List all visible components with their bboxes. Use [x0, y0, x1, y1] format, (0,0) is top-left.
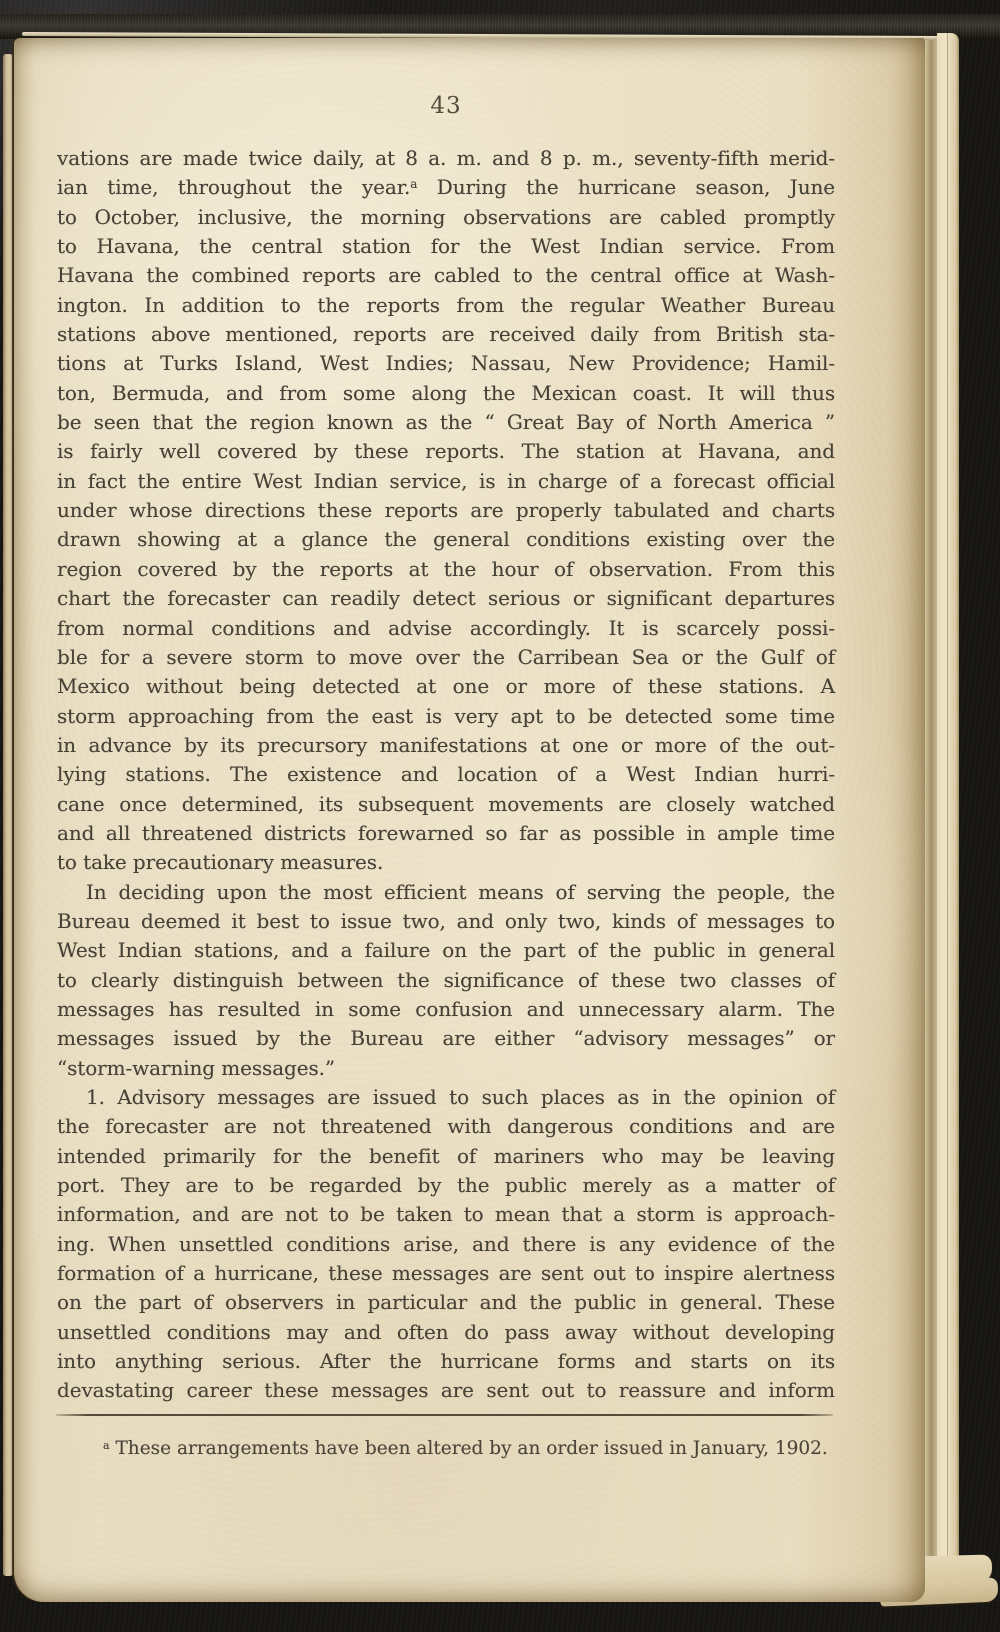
body-text: vations are made twice daily, at 8 a. m.…	[57, 144, 835, 1406]
text-line: intended primarily for the benefit of ma…	[57, 1142, 835, 1171]
stacked-page-edges-right	[937, 33, 959, 1599]
text-line: region covered by the reports at the hou…	[57, 555, 835, 584]
text-line: cane once determined, its subsequent mov…	[57, 790, 835, 819]
text-line: drawn showing at a glance the general co…	[57, 525, 835, 554]
text-line: in fact the entire West Indian service, …	[57, 467, 835, 496]
book-photo-background: 43 vations are made twice daily, at 8 a.…	[0, 0, 1000, 1632]
text-line: to clearly distinguish between the signi…	[57, 966, 835, 995]
text-line: messages issued by the Bureau are either…	[57, 1024, 835, 1053]
text-line: port. They are to be regarded by the pub…	[57, 1171, 835, 1200]
text-line: ble for a severe storm to move over the …	[57, 643, 835, 672]
text-line: information, and are not to be taken to …	[57, 1200, 835, 1229]
text-line: on the part of observers in particular a…	[57, 1288, 835, 1317]
text-line: vations are made twice daily, at 8 a. m.…	[57, 144, 835, 173]
text-line: the forecaster are not threatened with d…	[57, 1112, 835, 1141]
text-line: from normal conditions and advise accord…	[57, 614, 835, 643]
text-line: messages has resulted in some confusion …	[57, 995, 835, 1024]
text-line: unsettled conditions may and often do pa…	[57, 1318, 835, 1347]
text-line: ton, Bermuda, and from some along the Me…	[57, 379, 835, 408]
text-line: Havana the combined reports are cabled t…	[57, 261, 835, 290]
text-line: lying stations. The existence and locati…	[57, 760, 835, 789]
text-line: ian time, throughout the year.a During t…	[57, 173, 835, 202]
text-line: In deciding upon the most efficient mean…	[57, 878, 835, 907]
facing-page-edge-left	[3, 54, 13, 1576]
text-line: to take precautionary measures.	[57, 848, 835, 877]
text-line: “storm-warning messages.”	[57, 1054, 835, 1083]
text-line: under whose directions these reports are…	[57, 496, 835, 525]
footnote-rule	[56, 1414, 833, 1416]
text-line: into anything serious. After the hurrica…	[57, 1347, 835, 1376]
text-line: to October, inclusive, the morning obser…	[57, 203, 835, 232]
page-number: 43	[57, 93, 835, 119]
text-line: 1. Advisory messages are issued to such …	[57, 1083, 835, 1112]
text-line: be seen that the region known as the “ G…	[57, 408, 835, 437]
text-line: storm approaching from the east is very …	[57, 702, 835, 731]
text-line: ing. When unsettled conditions arise, an…	[57, 1230, 835, 1259]
text-line: in advance by its precursory manifestati…	[57, 731, 835, 760]
text-line: tions at Turks Island, West Indies; Nass…	[57, 349, 835, 378]
text-line: chart the forecaster can readily detect …	[57, 584, 835, 613]
text-line: ington. In addition to the reports from …	[57, 291, 835, 320]
text-line: is fairly well covered by these reports.…	[57, 437, 835, 466]
text-line: to Havana, the central station for the W…	[57, 232, 835, 261]
page-edge-shadow-right	[924, 40, 937, 1596]
footnote-text: a These arrangements have been altered b…	[57, 1436, 835, 1462]
text-line: Mexico without being detected at one or …	[57, 672, 835, 701]
text-line: Bureau deemed it best to issue two, and …	[57, 907, 835, 936]
text-line: devastating career these messages are se…	[57, 1376, 835, 1405]
text-line: and all threatened districts forewarned …	[57, 819, 835, 848]
book-page: 43 vations are made twice daily, at 8 a.…	[14, 38, 925, 1602]
text-line: stations above mentioned, reports are re…	[57, 320, 835, 349]
text-line: West Indian stations, and a failure on t…	[57, 936, 835, 965]
text-line: formation of a hurricane, these messages…	[57, 1259, 835, 1288]
